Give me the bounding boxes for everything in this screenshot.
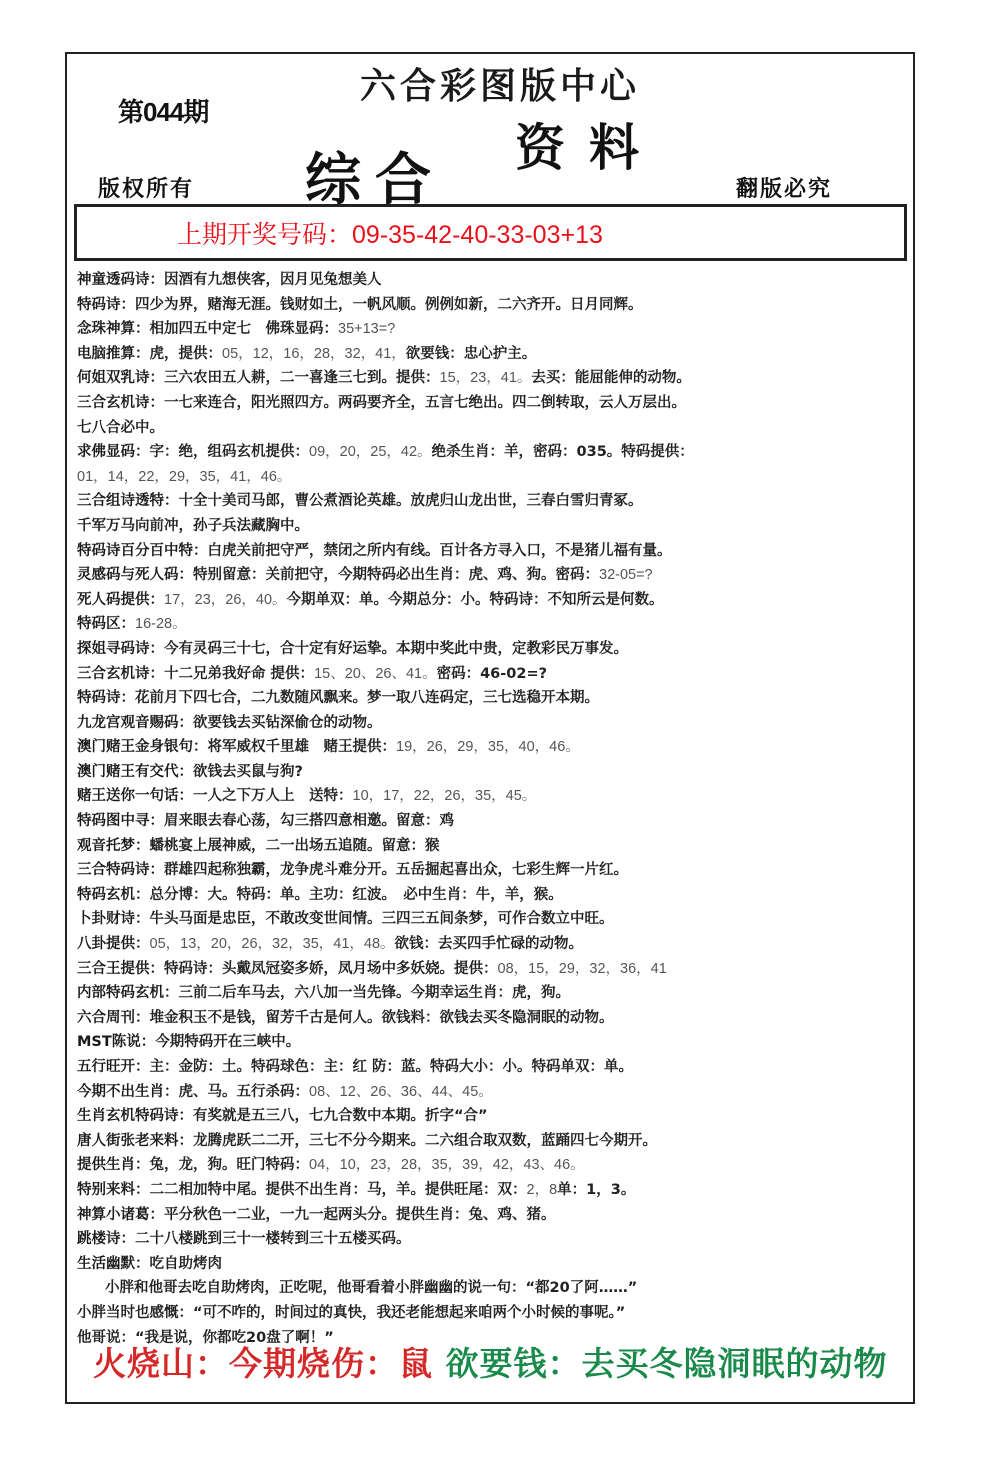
line-numbers: 15、20、26、41。 [314, 666, 437, 682]
story-text: 小胖和他哥去吃自助烤肉，正吃呢，他哥看着小胖幽幽的说一句：“都20了阿……” [105, 1280, 637, 1296]
line-value: 蟠桃宴上展神威，二一出场五追随。留意：猴 [150, 838, 440, 854]
line-label: MST陈说： [77, 1034, 155, 1050]
line-value: 一七来连合，阳光照四方。两码要齐全，五言七绝出。四二倒转取，云人万层出。 [164, 395, 686, 411]
line-label: 特码诗： [77, 690, 135, 706]
copyright-right: 翻版必究 [736, 172, 832, 203]
line-tail: 密码：46-02=? [437, 666, 547, 682]
copyright-left: 版权所有 [98, 172, 194, 203]
content-line: 生活幽默：吃自助烤肉 [77, 1252, 912, 1277]
content-line: 灵感码与死人码：特别留意：关前把守，今期特码必出生肖：虎、鸡、狗。密码：32-0… [77, 563, 912, 588]
line-label: 澳门赌王金身银句： [77, 739, 208, 755]
content-line: MST陈说：今期特码开在三峡中。 [77, 1030, 912, 1055]
line-label: 生肖玄机特码诗： [77, 1108, 193, 1124]
main-title-part2: 资料 [515, 108, 663, 180]
content-line: 特码诗百分百中特：白虎关前把守严，禁闭之所内有线。百计各方寻入口，不是猪儿福有量… [77, 539, 912, 564]
line-label: 卜卦财诗： [77, 911, 150, 927]
line-label: 生活幽默： [77, 1256, 150, 1272]
line-value: 七八合必中。 [77, 420, 164, 436]
banner-red-text: 火烧山：今期烧伤：鼠 [93, 1344, 433, 1383]
line-numbers: 35+13=? [338, 321, 395, 337]
line-value: 将军威权千里雄 赌王提供： [208, 739, 397, 755]
line-label: 特别来料： [77, 1182, 150, 1198]
line-tail: 单：1，3。 [557, 1182, 635, 1198]
line-numbers: 05，12，16，28，32，41， [222, 346, 406, 362]
line-label: 澳门赌王有交代： [77, 764, 193, 780]
line-value: 白虎关前把守严，禁闭之所内有线。百计各方寻入口，不是猪儿福有量。 [208, 543, 672, 559]
line-numbers: 08，15，29，32，36，41 [498, 961, 667, 977]
line-label: 求佛显码： [77, 444, 150, 460]
line-value: 欲要钱去买钻深偷仓的动物。 [193, 715, 382, 731]
line-value: 十二兄弟我好命 提供： [164, 666, 314, 682]
content-line: 跳楼诗：二十八楼跳到三十一楼转到三十五楼买码。 [77, 1227, 912, 1252]
content-line: 神童透码诗：因酒有九想侠客，因月见兔想美人 [77, 268, 912, 293]
content-line: 三合王提供：特码诗：头戴凤冠姿多娇，凤月场中多妖娆。提供：08，15，29，32… [77, 957, 912, 982]
line-label: 提供生肖： [77, 1157, 150, 1173]
line-value: 主：金防：土。特码球色：主：红 防：蓝。特码大小：小。特码单双：单。 [150, 1059, 634, 1075]
line-value: 有奖就是五三八，七九合数中本期。折字“合” [193, 1108, 488, 1124]
line-tail: 去买：能屈能伸的动物。 [531, 370, 691, 386]
line-label: 三合玄机诗： [77, 666, 164, 682]
last-draw-text: 上期开奖号码：09-35-42-40-33-03+13 [177, 215, 603, 251]
content-line: 今期不出生肖：虎、马。五行杀码：08、12、26、36、44、45。 [77, 1080, 912, 1105]
line-value: 虎、马。五行杀码： [179, 1084, 310, 1100]
line-label: 唐人街张老来料： [77, 1133, 193, 1149]
line-value: 今期特码开在三峡中。 [155, 1034, 300, 1050]
content-line: 澳门赌王有交代：欲钱去买鼠与狗? [77, 760, 912, 785]
line-label: 跳楼诗： [77, 1231, 135, 1247]
line-tail: 今期单双：单。今期总分：小。特码诗：不知所云是何数。 [287, 592, 664, 608]
line-value: 堆金积玉不是钱，留芳千古是何人。欲钱料：欲钱去买冬隐洞眠的动物。 [150, 1010, 614, 1026]
line-numbers: 10，17，22，26，35，45。 [353, 788, 537, 804]
line-label: 三合王提供： [77, 961, 164, 977]
content-line: 内部特码玄机：三前二后车马去，六八加一当先锋。今期幸运生肖：虎，狗。 [77, 981, 912, 1006]
line-label: 神童透码诗： [77, 272, 164, 288]
content-line: 生肖玄机特码诗：有奖就是五三八，七九合数中本期。折字“合” [77, 1104, 912, 1129]
line-label: 六合周刊： [77, 1010, 150, 1026]
content-line: 千军万马向前冲，孙子兵法藏胸中。 [77, 514, 912, 539]
last-draw-label: 上期开奖号码： [177, 221, 352, 249]
line-label: 探姐寻码诗： [77, 641, 164, 657]
line-value: 三前二后车马去，六八加一当先锋。今期幸运生肖：虎，狗。 [179, 985, 571, 1001]
line-label: 三合组诗透特： [77, 493, 179, 509]
line-label: 五行旺开： [77, 1059, 150, 1075]
story-line: 小胖当时也感慨：“可不咋的，时间过的真快，我还老能想起来咱两个小时候的事呢。” [77, 1301, 912, 1326]
line-label: 死人码提供： [77, 592, 164, 608]
line-value: 花前月下四七合，二九数随风飘来。梦一取八连码定，三七选稳开本期。 [135, 690, 599, 706]
content-line: 特码玄机：总分博：大。特码：单。主功：红波。 必中生肖：牛，羊，猴。 [77, 883, 912, 908]
line-value: 今有灵码三十七，合十定有好运挚。本期中奖此中贵，定教彩民万事发。 [164, 641, 628, 657]
last-draw-numbers: 09-35-42-40-33-03+13 [352, 221, 603, 249]
line-label: 特码区： [77, 616, 135, 632]
line-numbers: 2，8 [527, 1182, 558, 1198]
line-label: 八卦提供： [77, 936, 150, 952]
line-label: 灵感码与死人码： [77, 567, 193, 583]
line-label: 赌王送你一句话： [77, 788, 193, 804]
banner-green-text: 欲要钱：去买冬隐洞眠的动物 [446, 1344, 888, 1383]
line-value: 二二相加特中尾。提供不出生肖：马，羊。提供旺尾：双： [150, 1182, 527, 1198]
content-line: 提供生肖：兔，龙，狗。旺门特码：04，10，23，28，35，39，42，43、… [77, 1153, 912, 1178]
line-numbers: 17，23，26，40。 [164, 592, 287, 608]
line-value: 牛头马面是忠臣，不敢改变世间情。三四三五间条梦，可作合数立中旺。 [150, 911, 614, 927]
content-line: 六合周刊：堆金积玉不是钱，留芳千古是何人。欲钱料：欲钱去买冬隐洞眠的动物。 [77, 1006, 912, 1031]
content-line: 特码图中寻：眉来眼去春心荡，勾三搭四意相邀。留意：鸡 [77, 809, 912, 834]
line-numbers: 04，10，23，28，35，39，42，43、46。 [309, 1157, 585, 1173]
line-label: 电脑推算： [77, 346, 150, 362]
line-value: 平分秋色一二业，一九一起两头分。提供生肖：兔、鸡、猪。 [164, 1207, 556, 1223]
line-value: 一人之下万人上 送特： [193, 788, 353, 804]
issue-number: 第044期 [118, 92, 208, 129]
line-value: 特别留意：关前把守，今期特码必出生肖：虎、鸡、狗。密码： [193, 567, 599, 583]
line-numbers: 15，23，41。 [440, 370, 532, 386]
line-numbers: 16-28。 [135, 616, 187, 632]
line-value: 相加四五中定七 佛珠显码： [150, 321, 339, 337]
line-tail: 欲钱：去买四手忙碌的动物。 [395, 936, 584, 952]
line-value: 二十八楼跳到三十一楼转到三十五楼买码。 [135, 1231, 411, 1247]
line-tail: 绝杀生肖：羊，密码：035。特码提供： [432, 444, 694, 460]
line-numbers: 01，14，22，29，35，41，46。 [77, 469, 291, 485]
line-label: 特码诗： [77, 297, 135, 313]
line-label: 今期不出生肖： [77, 1084, 179, 1100]
line-numbers: 32-05=? [599, 567, 653, 583]
line-value: 吃自助烤肉 [150, 1256, 223, 1272]
content-line: 赌王送你一句话：一人之下万人上 送特：10，17，22，26，35，45。 [77, 784, 912, 809]
content-line: 八卦提供：05，13，20，26，32，35，41，48。欲钱：去买四手忙碌的动… [77, 932, 912, 957]
line-value: 群雄四起称独霸，龙争虎斗难分开。五岳掘起喜出众，七彩生辉一片红。 [164, 862, 628, 878]
line-value: 字：绝，组码玄机提供： [150, 444, 310, 460]
line-label: 三合玄机诗： [77, 395, 164, 411]
bottom-banner: 火烧山：今期烧伤：鼠 欲要钱：去买冬隐洞眠的动物 [93, 1338, 888, 1385]
content-line: 探姐寻码诗：今有灵码三十七，合十定有好运挚。本期中奖此中贵，定教彩民万事发。 [77, 637, 912, 662]
content-line: 01，14，22，29，35，41，46。 [77, 465, 912, 490]
content-line: 三合特码诗：群雄四起称独霸，龙争虎斗难分开。五岳掘起喜出众，七彩生辉一片红。 [77, 858, 912, 883]
content-line: 神算小诸葛：平分秋色一二业，一九一起两头分。提供生肖：兔、鸡、猪。 [77, 1203, 912, 1228]
content-line: 特别来料：二二相加特中尾。提供不出生肖：马，羊。提供旺尾：双：2，8单：1，3。 [77, 1178, 912, 1203]
content-line: 五行旺开：主：金防：土。特码球色：主：红 防：蓝。特码大小：小。特码单双：单。 [77, 1055, 912, 1080]
line-label: 三合特码诗： [77, 862, 164, 878]
line-tail: 欲要钱：忠心护主。 [406, 346, 537, 362]
line-value: 虎，提供： [150, 346, 223, 362]
line-value: 四少为界，赌海无涯。钱财如土，一帆风顺。例例如新，二六齐开。日月同辉。 [135, 297, 643, 313]
line-value: 欲钱去买鼠与狗? [193, 764, 303, 780]
content-line: 特码区：16-28。 [77, 612, 912, 637]
content-line: 三合玄机诗：一七来连合，阳光照四方。两码要齐全，五言七绝出。四二倒转取，云人万层… [77, 391, 912, 416]
line-label: 神算小诸葛： [77, 1207, 164, 1223]
line-value: 千军万马向前冲，孙子兵法藏胸中。 [77, 518, 309, 534]
line-value: 龙腾虎跃二二开，三七不分今期来。二六组合取双数，蓝踊四七今期开。 [193, 1133, 657, 1149]
line-label: 特码诗百分百中特： [77, 543, 208, 559]
line-numbers: 19，26，29，35，40，46。 [396, 739, 580, 755]
content-line: 澳门赌王金身银句：将军威权千里雄 赌王提供：19，26，29，35，40，46。 [77, 735, 912, 760]
line-numbers: 08、12、26、36、44、45。 [309, 1084, 493, 1100]
content-line: 卜卦财诗：牛头马面是忠臣，不敢改变世间情。三四三五间条梦，可作合数立中旺。 [77, 907, 912, 932]
story-line: 小胖和他哥去吃自助烤肉，正吃呢，他哥看着小胖幽幽的说一句：“都20了阿……” [77, 1276, 912, 1301]
line-label: 念珠神算： [77, 321, 150, 337]
line-value: 十全十美司马郎，曹公煮酒论英雄。放虎归山龙出世，三春白雪归青冢。 [179, 493, 643, 509]
line-value: 特码诗：头戴凤冠姿多娇，凤月场中多妖娆。提供： [164, 961, 498, 977]
line-value: 眉来眼去春心荡，勾三搭四意相邀。留意：鸡 [164, 813, 454, 829]
content-line: 念珠神算：相加四五中定七 佛珠显码：35+13=? [77, 317, 912, 342]
line-label: 何姐双乳诗： [77, 370, 164, 386]
brand-title: 六合彩图版中心 [360, 58, 640, 109]
story-text: 小胖当时也感慨：“可不咋的，时间过的真快，我还老能想起来咱两个小时候的事呢。” [77, 1305, 625, 1321]
line-label: 观音托梦： [77, 838, 150, 854]
line-value: 三六农田五人耕，二一喜逢三七到。提供： [164, 370, 440, 386]
content-line: 电脑推算：虎，提供：05，12，16，28，32，41，欲要钱：忠心护主。 [77, 342, 912, 367]
content-line: 七八合必中。 [77, 416, 912, 441]
line-value: 兔，龙，狗。旺门特码： [150, 1157, 310, 1173]
content-lines: 神童透码诗：因酒有九想侠客，因月见兔想美人特码诗：四少为界，赌海无涯。钱财如土，… [77, 268, 912, 1350]
content-line: 死人码提供：17，23，26，40。今期单双：单。今期总分：小。特码诗：不知所云… [77, 588, 912, 613]
line-value: 总分博：大。特码：单。主功：红波。 必中生肖：牛，羊，猴。 [150, 887, 563, 903]
line-label: 九龙宫观音赐码： [77, 715, 193, 731]
line-label: 内部特码玄机： [77, 985, 179, 1001]
line-label: 特码图中寻： [77, 813, 164, 829]
content-line: 何姐双乳诗：三六农田五人耕，二一喜逢三七到。提供：15，23，41。去买：能屈能… [77, 366, 912, 391]
line-value: 因酒有九想侠客，因月见兔想美人 [164, 272, 382, 288]
content-line: 九龙宫观音赐码：欲要钱去买钻深偷仓的动物。 [77, 711, 912, 736]
line-numbers: 05，13，20，26，32，35，41，48。 [150, 936, 395, 952]
content-line: 唐人街张老来料：龙腾虎跃二二开，三七不分今期来。二六组合取双数，蓝踊四七今期开。 [77, 1129, 912, 1154]
last-draw-box: 上期开奖号码：09-35-42-40-33-03+13 [74, 204, 907, 261]
content-line: 特码诗：四少为界，赌海无涯。钱财如土，一帆风顺。例例如新，二六齐开。日月同辉。 [77, 293, 912, 318]
content-line: 三合玄机诗：十二兄弟我好命 提供：15、20、26、41。密码：46-02=? [77, 662, 912, 687]
content-line: 求佛显码：字：绝，组码玄机提供：09，20，25，42。绝杀生肖：羊，密码：03… [77, 440, 912, 465]
content-line: 特码诗：花前月下四七合，二九数随风飘来。梦一取八连码定，三七选稳开本期。 [77, 686, 912, 711]
line-numbers: 09，20，25，42。 [309, 444, 432, 460]
content-line: 三合组诗透特：十全十美司马郎，曹公煮酒论英雄。放虎归山龙出世，三春白雪归青冢。 [77, 489, 912, 514]
content-line: 观音托梦：蟠桃宴上展神威，二一出场五追随。留意：猴 [77, 834, 912, 859]
line-label: 特码玄机： [77, 887, 150, 903]
